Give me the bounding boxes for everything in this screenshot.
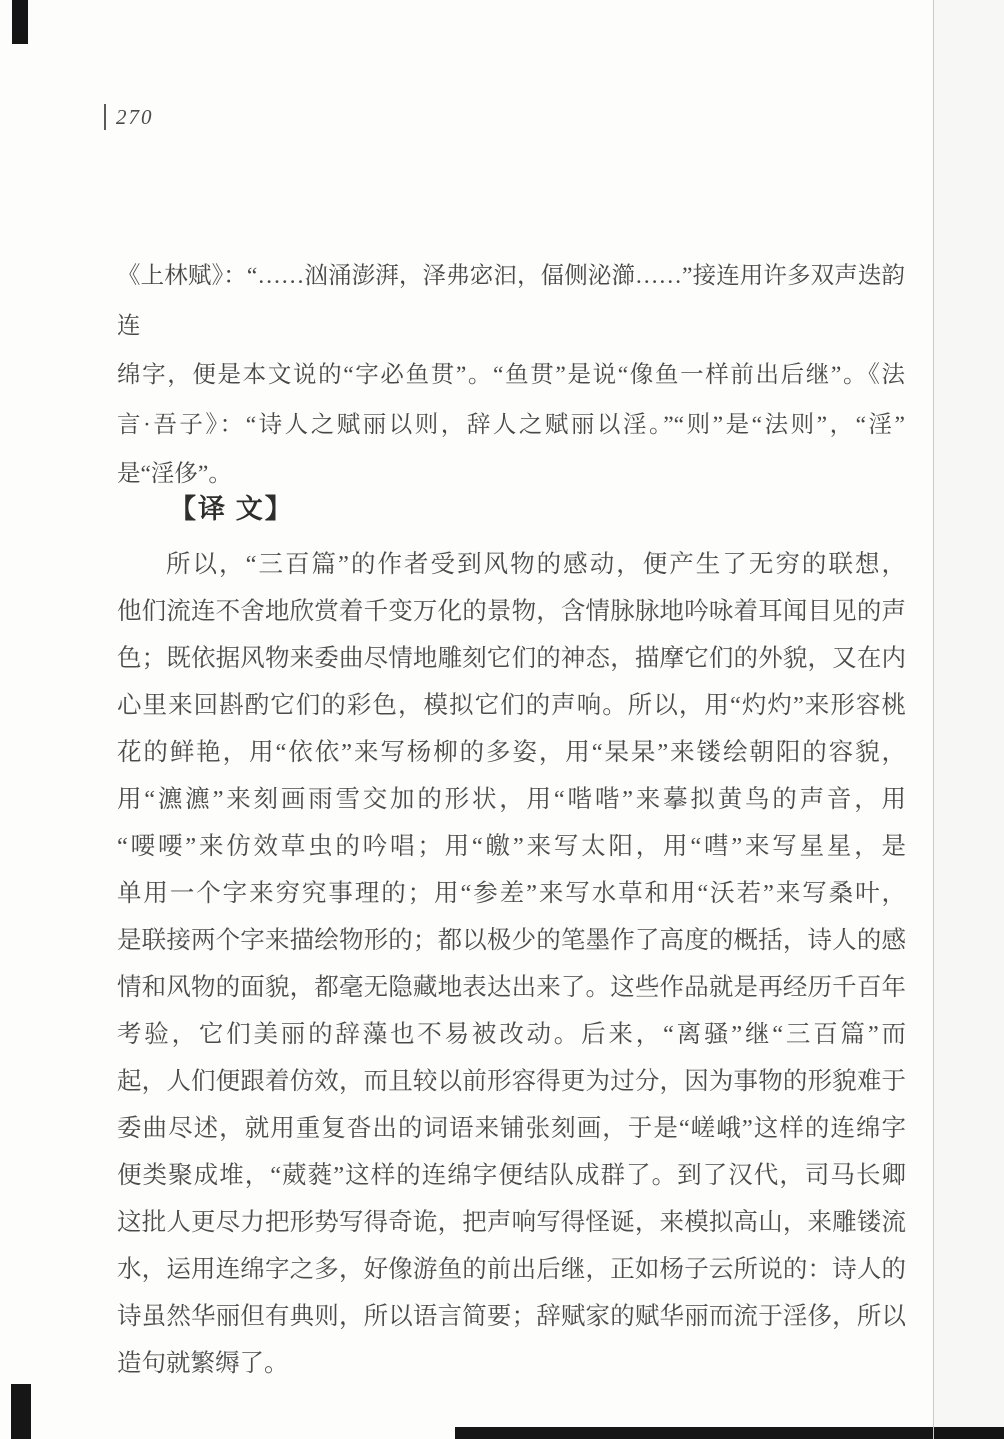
translation-line: 起，人们便跟着仿效，而且较以前形容得更为过分，因为事物的形貌难于 (117, 1058, 906, 1105)
translation-line: 单用一个字来穷究事理的；用“参差”来写水草和用“沃若”来写桑叶， (117, 870, 906, 917)
translation-line: 花的鲜艳，用“依依”来写杨柳的多姿，用“杲杲”来镂绘朝阳的容貌， (117, 729, 906, 776)
translation-line: 造句就繁缛了。 (117, 1340, 906, 1387)
translation-line: 水，运用连绵字之多，好像游鱼的前出后继，正如杨子云所说的：诗人的 (117, 1246, 906, 1293)
translation-line: “喓喓”来仿效草虫的吟唱；用“皦”来写太阳，用“嘒”来写星星，是 (117, 823, 906, 870)
translation-line: 用“瀌瀌”来刻画雨雪交加的形状，用“喈喈”来摹拟黄鸟的声音，用 (117, 776, 906, 823)
translation-line: 诗虽然华丽但有典则，所以语言简要；辞赋家的赋华丽而流于淫侈，所以 (117, 1293, 906, 1340)
scan-gutter-shade (934, 0, 1004, 1439)
scan-gutter-line (933, 0, 934, 1439)
translation-line: 是联接两个字来描绘物形的；都以极少的笔墨作了高度的概括，诗人的感 (117, 917, 906, 964)
translation-line: 所以，“三百篇”的作者受到风物的感动，便产生了无穷的联想， (117, 541, 906, 588)
book-page: 270 《上林赋》：“……汹涌澎湃，泽弗宓汩，偪侧泌瀄……”接连用许多双声迭韵连… (0, 0, 1004, 1439)
translation-line: 色；既依据风物来委曲尽情地雕刻它们的神态，描摩它们的外貌，又在内 (117, 635, 906, 682)
translation-line: 委曲尽述，就用重复沓出的词语来铺张刻画，于是“嵯峨”这样的连绵字 (117, 1105, 906, 1152)
scan-artifact-top-left (12, 0, 28, 44)
scan-artifact-bottom-left (11, 1384, 31, 1439)
translation-line: 这批人更尽力把形势写得奇诡，把声响写得怪诞，来模拟高山，来雕镂流 (117, 1199, 906, 1246)
translation-paragraph: 所以，“三百篇”的作者受到风物的感动，便产生了无穷的联想， 他们流连不舍地欣赏着… (117, 541, 906, 1387)
section-heading-translation: 【译 文】 (169, 487, 294, 526)
translation-line: 便类聚成堆，“葳蕤”这样的连绵字便结队成群了。到了汉代，司马长卿 (117, 1152, 906, 1199)
page-number: 270 (104, 104, 154, 130)
page-number-text: 270 (116, 105, 154, 130)
translation-line: 考验，它们美丽的辞藻也不易被改动。后来，“离骚”继“三百篇”而 (117, 1011, 906, 1058)
translation-line: 他们流连不舍地欣赏着千变万化的景物，含情脉脉地吟咏着耳闻目见的声 (117, 588, 906, 635)
scan-artifact-bottom-bar (455, 1427, 1004, 1439)
translation-line: 情和风物的面貌，都毫无隐藏地表达出来了。这些作品就是再经历千百年 (117, 964, 906, 1011)
translation-line: 心里来回斟酌它们的彩色，模拟它们的声响。所以，用“灼灼”来形容桃 (117, 682, 906, 729)
annotation-line: 《上林赋》：“……汹涌澎湃，泽弗宓汩，偪侧泌瀄……”接连用许多双声迭韵连 (117, 252, 905, 351)
annotation-paragraph: 《上林赋》：“……汹涌澎湃，泽弗宓汩，偪侧泌瀄……”接连用许多双声迭韵连 绵字，… (117, 252, 905, 500)
page-number-divider (104, 104, 106, 130)
annotation-line: 言·吾子》：“诗人之赋丽以则，辞人之赋丽以淫。”“则”是“法则”，“淫” (117, 401, 905, 451)
annotation-line: 绵字，便是本文说的“字必鱼贯”。“鱼贯”是说“像鱼一样前出后继”。《法 (117, 351, 905, 401)
